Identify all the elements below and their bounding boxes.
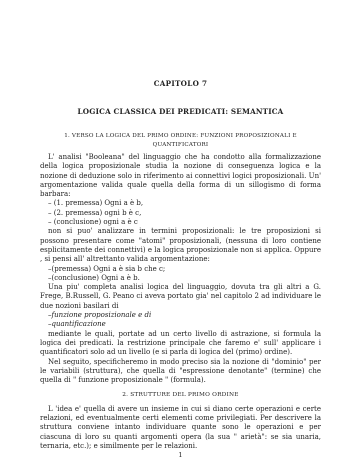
page-number: 1 <box>40 451 321 460</box>
argument-conclusion: –(conclusione) Ogni a è b. <box>40 274 321 283</box>
notion-item: –quantificazione <box>40 320 321 329</box>
paragraph: Una piu' completa analisi logica del lin… <box>40 283 321 311</box>
chapter-title: LOGICA CLASSICA DEI PREDICATI: SEMANTICA <box>40 107 321 116</box>
notion-text: –funzione proposizionale e di <box>48 311 151 319</box>
paragraph: Nel seguito, specificheremo in modo prec… <box>40 358 321 386</box>
chapter-label: CAPITOLO 7 <box>40 79 321 88</box>
argument-premise: –(premessa) Ogni a è sia b che c; <box>40 265 321 274</box>
paragraph: L' analisi "Booleana" del linguaggio che… <box>40 153 321 199</box>
syllogism-premise-2: – (2. premessa) ogni b è c, <box>40 209 321 218</box>
syllogism-premise-1: – (1. premessa) Ogni a è b, <box>40 199 321 208</box>
paragraph: L 'idea e' quella di avere un insieme in… <box>40 405 321 451</box>
section-1-heading: 1. Verso la logica del primo ordine: fun… <box>40 132 321 151</box>
paragraph: mediante le quali, portate ad un certo l… <box>40 330 321 358</box>
paragraph: non si puo' analizzare in termini propos… <box>40 227 321 264</box>
notion-item: –funzione proposizionale e di <box>40 311 321 320</box>
syllogism-conclusion: – (conclusione) ogni a è c <box>40 218 321 227</box>
section-2-heading: 2. Strutture del primo ordine <box>40 391 321 400</box>
document-body: L' analisi "Booleana" del linguaggio che… <box>40 153 321 461</box>
notion-text: –quantificazione <box>48 320 106 328</box>
